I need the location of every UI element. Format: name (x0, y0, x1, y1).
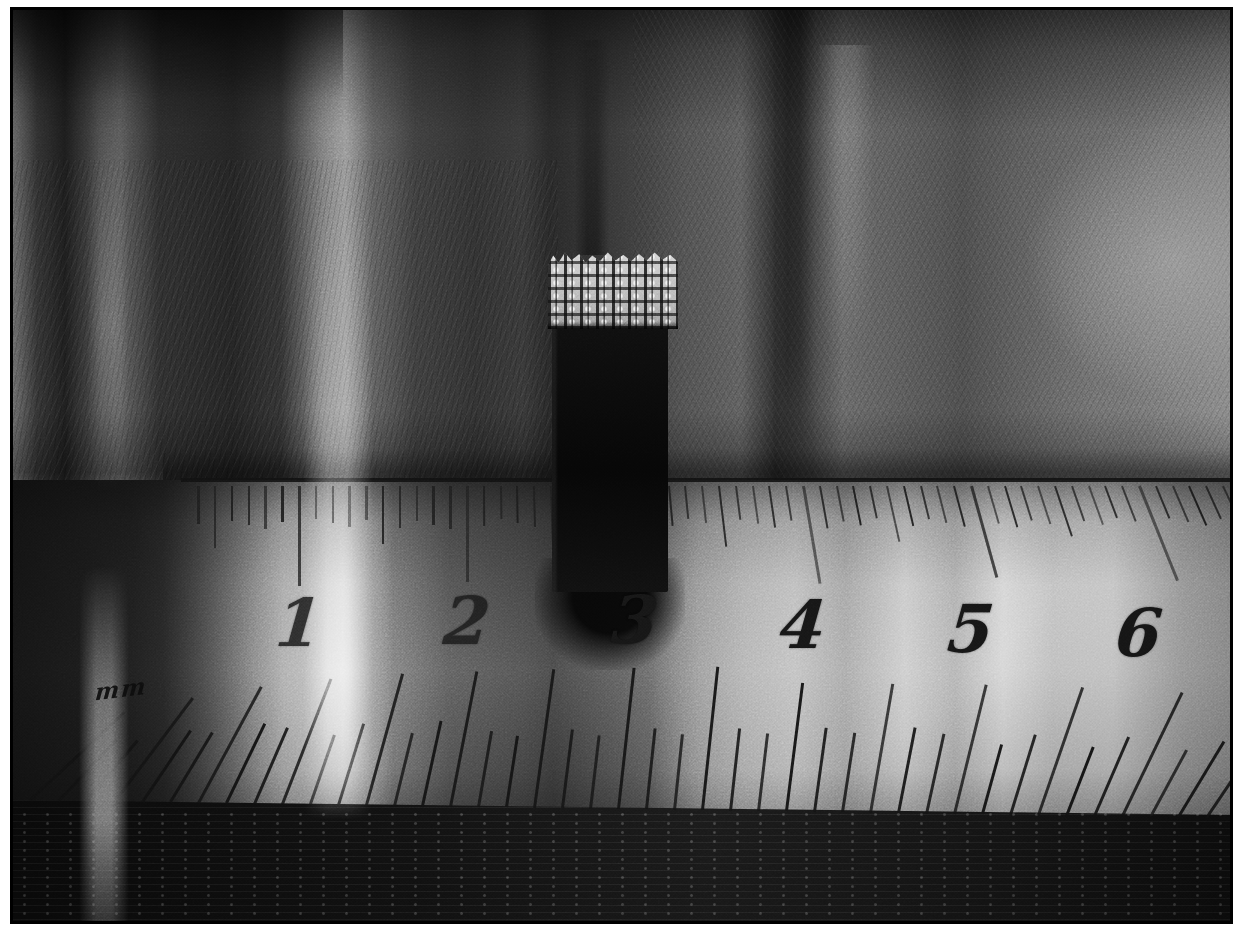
vignette-overlay (13, 10, 1230, 921)
photograph: 1 2 3 4 5 6 mm (10, 7, 1233, 924)
page: 1 2 3 4 5 6 mm (0, 0, 1240, 937)
